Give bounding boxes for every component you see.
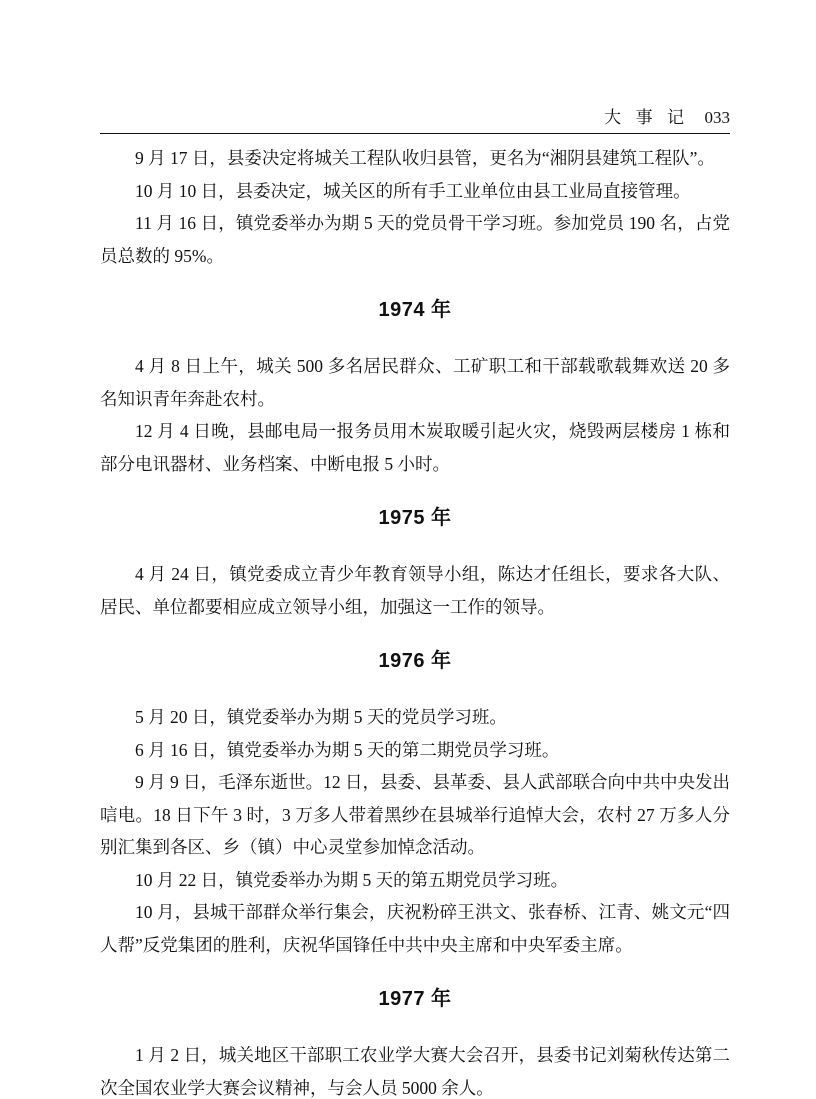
entry-paragraph: 1 月 2 日，城关地区干部职工农业学大赛大会召开，县委书记刘菊秋传达第二次全国… — [100, 1039, 730, 1099]
chronicle-body: 9 月 17 日，县委决定将城关工程队收归县管，更名为“湘阴县建筑工程队”。 1… — [100, 142, 730, 1099]
book-page: 大事记 033 9 月 17 日，县委决定将城关工程队收归县管，更名为“湘阴县建… — [0, 0, 816, 1099]
header-rule — [100, 133, 730, 134]
section-1977: 1977 年 1 月 2 日，城关地区干部职工农业学大赛大会召开，县委书记刘菊秋… — [100, 986, 730, 1099]
entry-paragraph: 6 月 16 日，镇党委举办为期 5 天的第二期党员学习班。 — [100, 734, 730, 767]
section-1974: 1974 年 4 月 8 日上午，城关 500 多名居民群众、工矿职工和干部载歌… — [100, 297, 730, 480]
entry-paragraph: 4 月 24 日，镇党委成立青少年教育领导小组，陈达才任组长，要求各大队、居民、… — [100, 558, 730, 623]
year-heading-1975: 1975 年 — [100, 505, 730, 531]
entry-paragraph: 4 月 8 日上午，城关 500 多名居民群众、工矿职工和干部载歌载舞欢送 20… — [100, 350, 730, 415]
page-header: 大事记 033 — [100, 108, 730, 134]
entry-paragraph: 10 月 22 日，镇党委举办为期 5 天的第五期党员学习班。 — [100, 864, 730, 897]
year-heading-1977: 1977 年 — [100, 986, 730, 1012]
header-row: 大事记 033 — [100, 108, 730, 128]
entry-paragraph: 10 月 10 日，县委决定，城关区的所有手工业单位由县工业局直接管理。 — [100, 175, 730, 208]
page-number: 033 — [705, 108, 731, 128]
year-heading-1974: 1974 年 — [100, 297, 730, 323]
year-heading-1976: 1976 年 — [100, 648, 730, 674]
entry-paragraph: 11 月 16 日，镇党委举办为期 5 天的党员骨干学习班。参加党员 190 名… — [100, 207, 730, 272]
entry-paragraph: 9 月 17 日，县委决定将城关工程队收归县管，更名为“湘阴县建筑工程队”。 — [100, 142, 730, 175]
entry-paragraph: 10 月，县城干部群众举行集会，庆祝粉碎王洪文、张春桥、江青、姚文元“四人帮”反… — [100, 896, 730, 961]
entry-paragraph: 5 月 20 日，镇党委举办为期 5 天的党员学习班。 — [100, 701, 730, 734]
section-1975: 1975 年 4 月 24 日，镇党委成立青少年教育领导小组，陈达才任组长，要求… — [100, 505, 730, 623]
entry-paragraph: 12 月 4 日晚，县邮电局一报务员用木炭取暖引起火灾，烧毁两层楼房 1 栋和部… — [100, 415, 730, 480]
running-head: 大事记 — [604, 108, 698, 128]
section-pre-1974: 9 月 17 日，县委决定将城关工程队收归县管，更名为“湘阴县建筑工程队”。 1… — [100, 142, 730, 272]
section-1976: 1976 年 5 月 20 日，镇党委举办为期 5 天的党员学习班。 6 月 1… — [100, 648, 730, 961]
entry-paragraph: 9 月 9 日，毛泽东逝世。12 日，县委、县革委、县人武部联合向中共中央发出唁… — [100, 766, 730, 864]
